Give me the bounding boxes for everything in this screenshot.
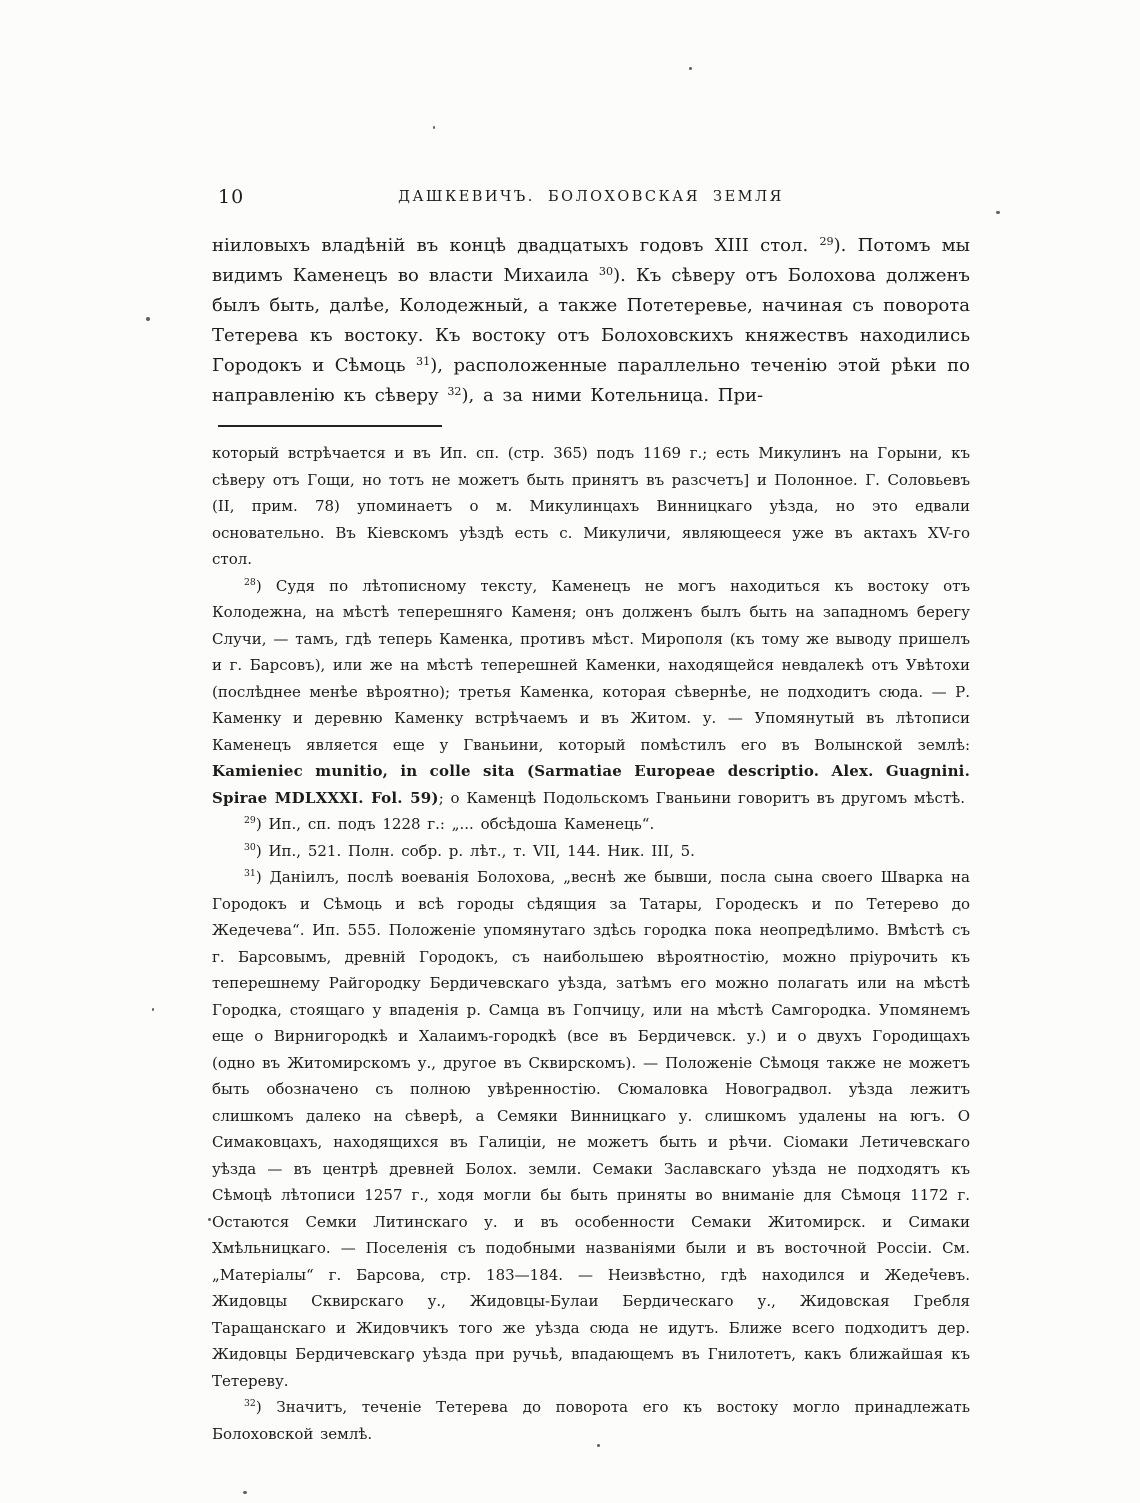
body-paragraph: ніиловыхъ владѣній въ концѣ двадцатыхъ г…: [212, 231, 970, 411]
scan-speck: [208, 1218, 211, 1221]
footnote-28: 28) Судя по лѣтописному тексту, Каменецъ…: [212, 573, 970, 812]
footnote-separator: [218, 425, 442, 427]
scan-speck: [152, 1008, 154, 1011]
scan-speck: [597, 1444, 600, 1447]
footnote-32: 32) Значитъ, теченіе Тетерева до поворот…: [212, 1394, 970, 1447]
scan-speck: [407, 1358, 410, 1362]
page-number: 10: [218, 186, 244, 208]
scan-speck: [433, 126, 435, 129]
book-page-scan: 10 ДАШКЕВИЧЪ. БОЛОХОВСКАЯ ЗЕМЛЯ ніиловых…: [0, 0, 1140, 1503]
scan-speck: [930, 1268, 933, 1271]
footnote-31: 31) Даніилъ, послѣ воеванія Болохова, „в…: [212, 864, 970, 1394]
footnote-29: 29) Ип., сп. подъ 1228 г.: „... обсѣдоша…: [212, 811, 970, 838]
scan-speck: [243, 1491, 247, 1494]
scan-speck: [689, 67, 692, 70]
page-content: 10 ДАШКЕВИЧЪ. БОЛОХОВСКАЯ ЗЕМЛЯ ніиловых…: [212, 186, 970, 1447]
scan-speck: [146, 317, 150, 321]
footnote-continuation: который встрѣчается и въ Ип. сп. (стр. 3…: [212, 440, 970, 573]
footnotes-section: который встрѣчается и въ Ип. сп. (стр. 3…: [212, 440, 970, 1447]
running-head: ДАШКЕВИЧЪ. БОЛОХОВСКАЯ ЗЕМЛЯ: [212, 186, 970, 205]
footnote-30: 30) Ип., 521. Полн. собр. р. лѣт., т. VI…: [212, 838, 970, 865]
page-header: 10 ДАШКЕВИЧЪ. БОЛОХОВСКАЯ ЗЕМЛЯ: [212, 186, 970, 210]
scan-speck: [996, 211, 1000, 214]
